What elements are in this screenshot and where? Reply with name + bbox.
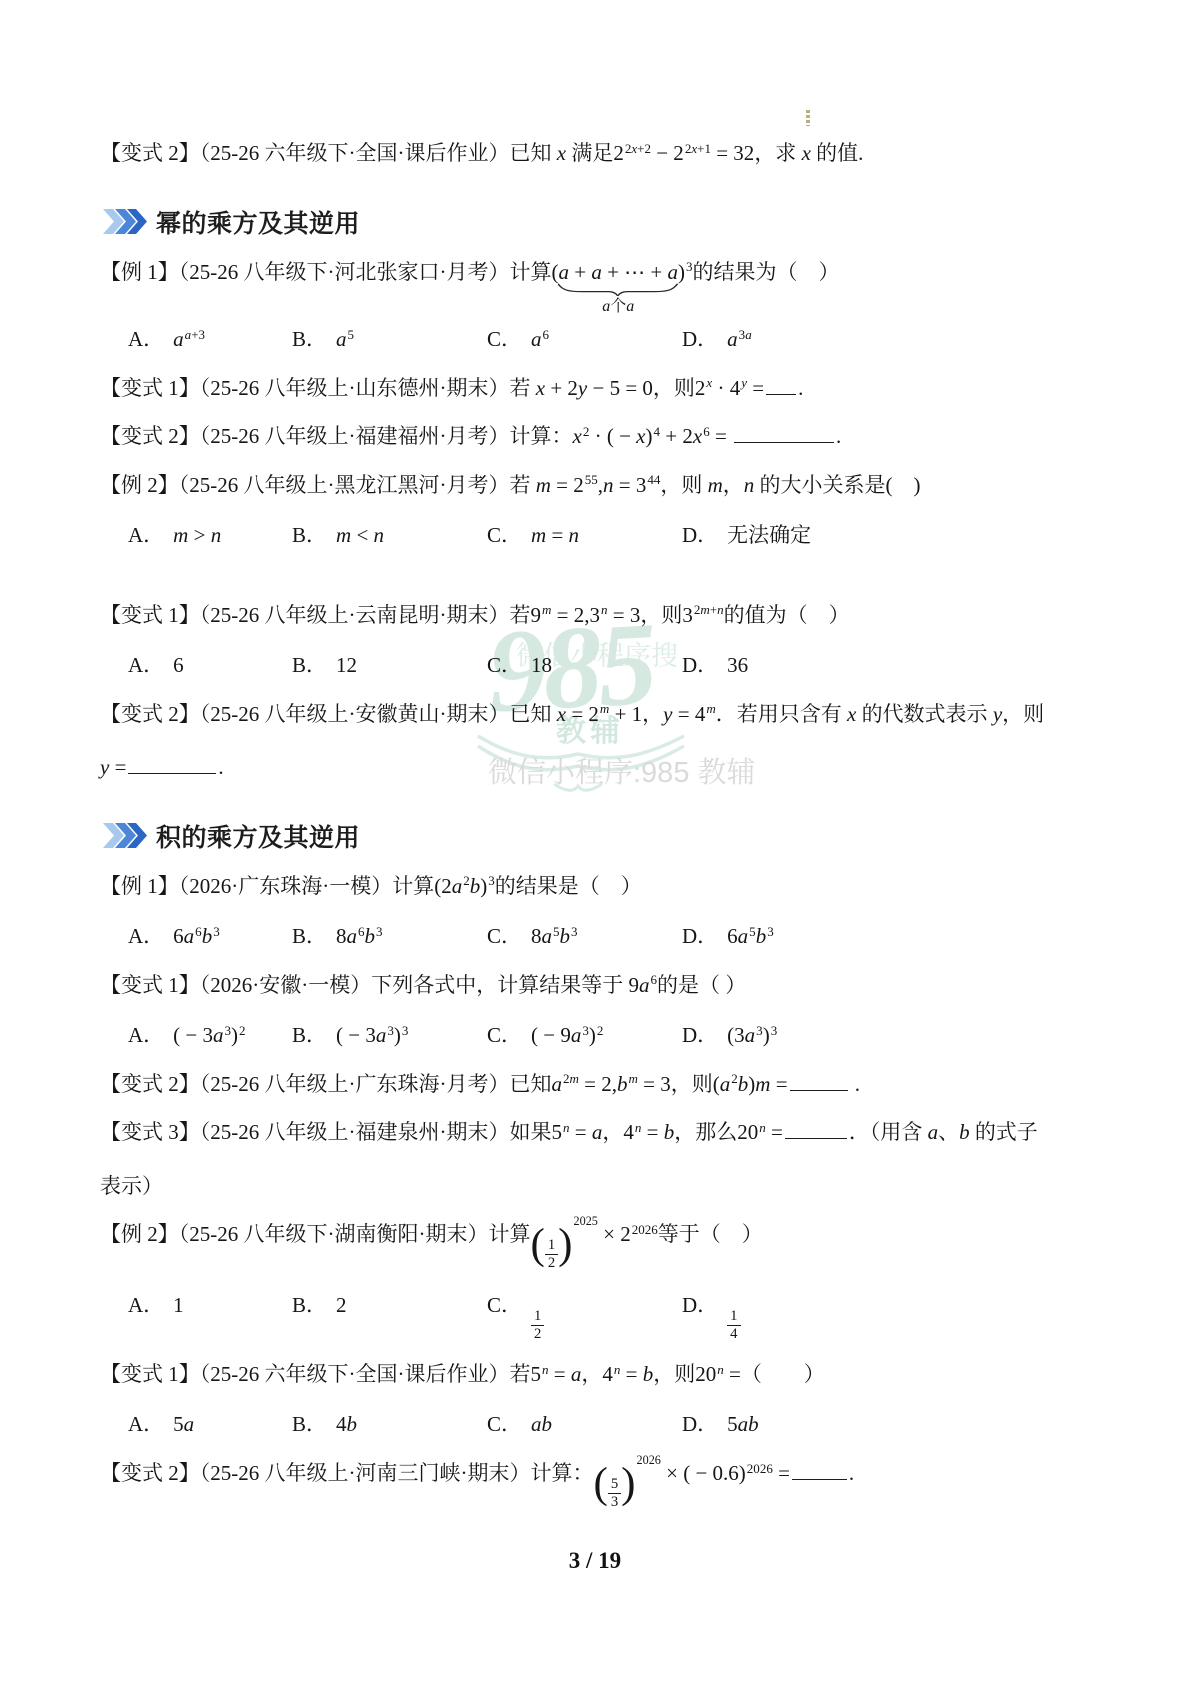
superscript: 5	[347, 327, 355, 342]
text-run: ，则	[653, 1362, 695, 1386]
math-run: = a	[549, 1362, 582, 1386]
math-run: ab	[531, 1412, 552, 1436]
option-letter: A．	[128, 1293, 164, 1317]
text-run: ，求	[754, 141, 801, 165]
text-run: ，	[581, 1362, 602, 1386]
worksheet-page: 微信小程序搜 985 教辅 微信小程序:985 教辅 【变式 2】（25-26 …	[0, 0, 1190, 1683]
superscript: 6	[357, 924, 365, 939]
option-a: A．( − 3a3)2	[128, 1020, 292, 1052]
section-title: 幂的乘方及其逆用	[156, 204, 360, 240]
answer-blank	[785, 1120, 847, 1139]
math-run: × ( − 0.6)	[661, 1461, 746, 1485]
math-run: = 32	[711, 141, 754, 165]
problem: 【变式 2】（25-26 八年级上·河南三门峡·期末）计算：(53)2026 ×…	[100, 1458, 1092, 1510]
section-power-of-product: 积的乘方及其逆用 【例 1】（2026·广东珠海·一模）计算(2a2b)3的结果…	[100, 818, 1092, 1510]
text-run: ，则	[640, 603, 682, 627]
numerator: 1	[534, 1308, 541, 1324]
math-run: y	[993, 702, 1002, 726]
option-letter: B．	[292, 1293, 327, 1317]
problem-label: 【例 2】	[100, 473, 179, 497]
math-run: = b	[641, 1120, 674, 1144]
section-title: 积的乘方及其逆用	[156, 818, 360, 854]
problem-list: 【例 1】（25-26 八年级下·河北张家口·月考）计算(a + a + ⋯ +…	[100, 257, 1092, 784]
section-header: 积的乘方及其逆用	[102, 818, 1092, 854]
problem: 【变式 1】（25-26 六年级下·全国·课后作业）若5n = a，4n = b…	[100, 1359, 1092, 1391]
text-run: 表示）	[100, 1174, 163, 1198]
superscript: 3	[212, 924, 220, 939]
math-run: x + 2y − 5 = 0	[536, 376, 653, 400]
option-letter: C．	[487, 1293, 522, 1317]
math-run: = a	[570, 1120, 603, 1144]
problem-label: 【变式 1】	[100, 1362, 200, 1386]
option-c: C．ab	[487, 1409, 682, 1441]
text-run: 等于（ ）	[658, 1222, 763, 1246]
superscript: 55	[584, 472, 598, 487]
option-b: B．2	[292, 1290, 487, 1322]
denominator: 2	[545, 1254, 558, 1271]
problem-label: 【变式 1】	[100, 376, 200, 400]
big-paren: (	[530, 1221, 544, 1268]
options-row: A．aa+3B．a5C．a6D．a3a	[100, 324, 1092, 356]
math-run: 6a	[173, 924, 194, 948]
superscript: n	[562, 1120, 570, 1135]
text-run: ．若用只含有	[716, 702, 847, 726]
problem-label: 【变式 2】	[100, 1072, 200, 1096]
option-letter: C．	[487, 924, 522, 948]
document-content: 【变式 2】（25-26 六年级下·全国·课后作业）已知 x 满足22x+2 −…	[100, 0, 1092, 1510]
denominator: 2	[531, 1325, 544, 1342]
problem-label: 【变式 1】	[100, 973, 200, 997]
superscript: 2	[462, 873, 470, 888]
option-letter: C．	[487, 327, 522, 351]
text-run: 的大小关系是( )	[754, 473, 920, 497]
superscript: 3	[401, 1023, 409, 1038]
math-run: )	[394, 1023, 401, 1047]
math-run: 4b	[336, 1412, 357, 1436]
text-run: ，	[723, 473, 744, 497]
math-run: a	[173, 327, 184, 351]
option-d: D．14	[682, 1290, 1092, 1342]
math-run: 20	[737, 1120, 758, 1144]
option-c: C．m = n	[487, 520, 682, 552]
text-run: 6	[173, 653, 184, 677]
superscript: 5	[552, 924, 560, 939]
math-run: b)m =	[738, 1072, 788, 1096]
problem-label: 【变式 3】	[100, 1120, 200, 1144]
denominator: 4	[727, 1325, 740, 1342]
problem-continuation: y =.	[100, 752, 1092, 784]
option-d: D．a3a	[682, 324, 1092, 356]
problem: 【变式 2】（25-26 六年级下·全国·课后作业）已知 x 满足22x+2 −…	[100, 138, 1092, 170]
text-run: 的式子	[970, 1120, 1038, 1144]
options-row: A．m > nB．m < nC．m = nD．无法确定	[100, 520, 1092, 552]
text-run: 满足	[566, 141, 613, 165]
math-run: 5	[530, 1362, 541, 1386]
options-row: A．1B．2C．12D．14	[100, 1290, 1092, 1342]
problem: 【例 1】（25-26 八年级下·河北张家口·月考）计算(a + a + ⋯ +…	[100, 257, 1092, 289]
text-run: .	[850, 1072, 861, 1096]
math-run: =	[773, 1461, 790, 1485]
option-d: D．5ab	[682, 1409, 1092, 1441]
text-run: ．（用含	[849, 1120, 928, 1144]
math-run: x	[847, 702, 856, 726]
problem: 【变式 2】（25-26 八年级上·福建福州·月考）计算：x2 · ( − x)…	[100, 421, 1092, 453]
option-d: D．36	[682, 650, 1092, 682]
problem-label: 【变式 1】	[100, 603, 200, 627]
big-paren: (	[593, 1460, 607, 1507]
math-run: b	[560, 924, 571, 948]
option-a: A．aa+3	[128, 324, 292, 356]
math-run: 9a	[629, 973, 650, 997]
superscript: 2x+1	[684, 141, 711, 156]
option-b: B．m < n	[292, 520, 487, 552]
problem-source: （25-26 八年级下·湖南衡阳·期末）	[179, 1222, 489, 1246]
fraction: 53	[608, 1476, 621, 1510]
text-run: 若	[509, 376, 535, 400]
math-run: m > n	[173, 523, 221, 547]
problem: 【例 2】（25-26 八年级上·黑龙江黑河·月考）若 m = 255,n = …	[100, 470, 1092, 502]
text-run: .	[836, 424, 841, 448]
superscript: a+3	[184, 327, 205, 342]
math-run: (2a	[434, 874, 462, 898]
superscript: 3	[770, 1023, 778, 1038]
text-run: ，	[602, 1120, 623, 1144]
problem-label: 【例 1】	[100, 260, 179, 284]
superscript: 2	[238, 1023, 246, 1038]
math-run: a + a + ⋯ + a	[558, 260, 678, 284]
option-b: B．8a6b3	[292, 921, 487, 953]
option-letter: D．	[682, 327, 718, 351]
math-run: = 2,b	[579, 1072, 628, 1096]
option-letter: C．	[487, 1023, 522, 1047]
math-run: + 1	[609, 702, 642, 726]
option-a: A．1	[128, 1290, 292, 1322]
option-d: D．无法确定	[682, 520, 1092, 552]
math-run: × 2	[598, 1222, 631, 1246]
problem-source: （25-26 八年级下·河北张家口·月考）	[179, 260, 510, 284]
text-run: 已知	[509, 1072, 551, 1096]
superscript: n	[600, 602, 608, 617]
text-run: （ ）	[741, 1362, 825, 1386]
math-run: (	[551, 260, 558, 284]
options-row: A．6a6b3B．8a6b3C．8a5b3D．6a5b3	[100, 921, 1092, 953]
math-run: 5	[551, 1120, 562, 1144]
text-run: ，那么	[674, 1120, 737, 1144]
option-letter: D．	[682, 523, 718, 547]
text-run: 计算	[392, 874, 434, 898]
problem-label: 【变式 2】	[100, 702, 200, 726]
problem-source: （25-26 八年级上·山东德州·期末）	[200, 376, 510, 400]
math-run: x	[557, 141, 566, 165]
math-run: x	[572, 424, 581, 448]
problem: 【变式 1】（2026·安徽·一模）下列各式中，计算结果等于 9a6的是（ ）	[100, 970, 1092, 1002]
math-run: b	[365, 924, 376, 948]
text-run: 36	[727, 653, 748, 677]
math-run: m = 2	[536, 473, 584, 497]
problem-label: 【变式 2】	[100, 1461, 200, 1485]
text-run: 18	[531, 653, 552, 677]
answer-blank	[734, 424, 834, 443]
text-run: 的结果为（ ）	[693, 260, 840, 284]
problem-source: （2026·安徽·一模）	[200, 973, 372, 997]
text-run: ，则	[660, 473, 707, 497]
math-run: 2	[695, 376, 706, 400]
superscript: 3	[685, 259, 693, 274]
text-run: 若	[509, 1362, 530, 1386]
text-run: 已知	[509, 702, 556, 726]
option-letter: C．	[487, 653, 522, 677]
math-run: 9	[530, 603, 541, 627]
math-run: m = n	[531, 523, 579, 547]
superscript: n	[541, 1362, 549, 1377]
answer-blank	[790, 1072, 848, 1091]
option-c: C．( − 9a3)2	[487, 1020, 682, 1052]
math-run: m	[708, 473, 723, 497]
option-letter: C．	[487, 1412, 522, 1436]
options-row: A．5aB．4bC．abD．5ab	[100, 1409, 1092, 1441]
option-letter: C．	[487, 523, 522, 547]
math-run: ,n = 3	[598, 473, 647, 497]
math-run: a	[551, 1072, 562, 1096]
option-letter: B．	[292, 523, 327, 547]
superscript: 2026	[746, 1461, 773, 1476]
math-run: 20	[695, 1362, 716, 1386]
superscript: 6	[702, 424, 710, 439]
math-run: )	[589, 1023, 596, 1047]
option-b: B．a5	[292, 324, 487, 356]
double-chevron-icon	[102, 822, 147, 849]
problem: 【变式 2】（25-26 八年级上·安徽黄山·期末）已知 x = 2m + 1，…	[100, 699, 1092, 731]
option-letter: D．	[682, 1412, 718, 1436]
option-a: A．6a6b3	[128, 921, 292, 953]
fraction: 12	[531, 1308, 544, 1342]
math-run: 5a	[173, 1412, 194, 1436]
superscript: m	[705, 701, 715, 716]
big-paren: )	[621, 1460, 635, 1507]
math-run: − 2	[651, 141, 684, 165]
text-run: 若	[509, 473, 535, 497]
problem-label: 【变式 2】	[100, 424, 200, 448]
superscript: 2x+2	[624, 141, 651, 156]
option-letter: D．	[682, 1023, 718, 1047]
problem-continuation: 表示）	[100, 1171, 1092, 1203]
math-run: ( − 9a	[531, 1023, 581, 1047]
option-c: C．8a5b3	[487, 921, 682, 953]
text-run: 的是（ ）	[657, 973, 746, 997]
text-run: ，则	[653, 376, 695, 400]
superscript: n	[716, 1362, 724, 1377]
superscript: 6	[650, 972, 658, 987]
math-run: =	[747, 376, 764, 400]
math-run: 6a	[727, 924, 748, 948]
problem: 【变式 2】（25-26 八年级上·广东珠海·月考）已知a2m = 2,bm =…	[100, 1069, 1092, 1101]
math-run: (3a	[727, 1023, 755, 1047]
superscript: y	[740, 375, 747, 390]
option-c: C．18	[487, 650, 682, 682]
superscript: 44	[646, 472, 660, 487]
superscript: 4	[653, 424, 661, 439]
problem-source: （25-26 八年级上·广东珠海·月考）	[200, 1072, 510, 1096]
math-run: = b	[620, 1362, 653, 1386]
text-run: 计算：	[509, 424, 572, 448]
option-a: A．m > n	[128, 520, 292, 552]
math-run: = 2,3	[551, 603, 600, 627]
text-run: 1	[173, 1293, 184, 1317]
option-letter: A．	[128, 327, 164, 351]
text-run: 无法确定	[727, 523, 811, 547]
text-run: 的值.	[811, 141, 864, 165]
fraction: 12	[545, 1237, 558, 1271]
superscript: 3	[581, 1023, 589, 1038]
option-letter: A．	[128, 523, 164, 547]
superscript: 5	[748, 924, 756, 939]
text-run: 计算：	[530, 1461, 593, 1485]
superscript: 3	[386, 1023, 394, 1038]
math-run: a	[727, 327, 738, 351]
option-letter: D．	[682, 653, 718, 677]
problem: 【变式 1】（25-26 八年级上·山东德州·期末）若 x + 2y − 5 =…	[100, 373, 1092, 405]
problem: 【变式 1】（25-26 八年级上·云南昆明·期末）若9m = 2,3n = 3…	[100, 600, 1092, 632]
option-b: B．4b	[292, 1409, 487, 1441]
text-run: 2	[336, 1293, 347, 1317]
text-run: 计算	[509, 260, 551, 284]
numerator: 1	[548, 1237, 555, 1253]
option-letter: D．	[682, 924, 718, 948]
text-run: ，则	[671, 1072, 713, 1096]
math-run: + 2x	[660, 424, 702, 448]
math-run: = 3	[638, 1072, 671, 1096]
section-power-of-power: 幂的乘方及其逆用 【例 1】（25-26 八年级下·河北张家口·月考）计算(a …	[100, 204, 1092, 784]
denominator: 3	[608, 1493, 621, 1510]
math-run: · ( − x)	[589, 424, 652, 448]
text-run: .	[218, 755, 223, 779]
problem: 【例 2】（25-26 八年级下·湖南衡阳·期末）计算(12)2025 × 22…	[100, 1219, 1092, 1271]
option-d: D．6a5b3	[682, 921, 1092, 953]
math-run: )	[763, 1023, 770, 1047]
superscript: 2m+n	[693, 602, 724, 617]
superscript: n	[758, 1120, 766, 1135]
text-run: 、	[938, 1120, 959, 1144]
option-letter: A．	[128, 1023, 164, 1047]
answer-blank	[128, 755, 216, 774]
superscript: m	[628, 1071, 638, 1086]
problem-source: （25-26 八年级上·安徽黄山·期末）	[200, 702, 510, 726]
superscript: 6	[194, 924, 202, 939]
math-run: ( − 3a	[336, 1023, 386, 1047]
text-run: 12	[336, 653, 357, 677]
text-run: 如果	[509, 1120, 551, 1144]
option-b: B．12	[292, 650, 487, 682]
numerator: 1	[730, 1308, 737, 1324]
superscript: 2	[730, 1071, 738, 1086]
problem-label: 【例 1】	[100, 874, 179, 898]
math-run: =	[766, 1120, 783, 1144]
math-run: 2	[613, 141, 624, 165]
math-run: a	[531, 327, 542, 351]
math-run: b)	[470, 874, 488, 898]
numerator: 5	[611, 1476, 618, 1492]
text-run: 计算	[488, 1222, 530, 1246]
text-run: .	[798, 376, 803, 400]
options-row: A．6B．12C．18D．36	[100, 650, 1092, 682]
text-run: 下列各式中，计算结果等于	[371, 973, 628, 997]
option-letter: A．	[128, 653, 164, 677]
math-run: x	[802, 141, 811, 165]
problem-source: （25-26 八年级上·河南三门峡·期末）	[200, 1461, 531, 1485]
superscript: 3	[224, 1023, 232, 1038]
text-run: 若	[509, 603, 530, 627]
problem-label: 【例 2】	[100, 1222, 179, 1246]
math-run: x = 2	[557, 702, 599, 726]
answer-blank	[792, 1461, 847, 1480]
text-run: 的值为（ ）	[724, 603, 850, 627]
math-run: 8a	[531, 924, 552, 948]
option-letter: B．	[292, 653, 327, 677]
math-run: b	[202, 924, 213, 948]
problem-source: （25-26 八年级上·黑龙江黑河·月考）	[179, 473, 510, 497]
superscript: 6	[542, 327, 550, 342]
math-run: b	[756, 924, 767, 948]
option-c: C．12	[487, 1290, 682, 1342]
superscript: 3	[375, 924, 383, 939]
problem-source: （2026·广东珠海·一模）	[179, 874, 393, 898]
problem-source: （25-26 八年级上·福建泉州·期末）	[200, 1120, 510, 1144]
superscript: 2	[596, 1023, 604, 1038]
option-letter: D．	[682, 1293, 718, 1317]
option-letter: B．	[292, 327, 327, 351]
option-letter: A．	[128, 1412, 164, 1436]
problem: 【例 1】（2026·广东珠海·一模）计算(2a2b)3的结果是（ ）	[100, 871, 1092, 903]
superscript: m	[541, 602, 551, 617]
answer-blank	[766, 376, 796, 395]
superscript: 3	[487, 873, 495, 888]
math-run: · 4	[712, 376, 740, 400]
text-run: ，则	[1002, 702, 1044, 726]
superscript: 3a	[738, 327, 752, 342]
option-a: A．5a	[128, 1409, 292, 1441]
options-row: A．( − 3a3)2B．( − 3a3)3C．( − 9a3)2D．(3a3)…	[100, 1020, 1092, 1052]
superscript: 2026	[631, 1222, 658, 1237]
text-run: ，	[642, 702, 663, 726]
math-run: b	[959, 1120, 970, 1144]
underbrace-label: a个a	[602, 295, 634, 319]
math-run: 3	[682, 603, 693, 627]
math-run: ( − 3a	[173, 1023, 223, 1047]
superscript: 3	[766, 924, 774, 939]
option-letter: A．	[128, 924, 164, 948]
problem-source: （25-26 六年级下·全国·课后作业）	[200, 141, 510, 165]
option-c: C．a6	[487, 324, 682, 356]
text-run: 的代数式表示	[856, 702, 993, 726]
problem-source: （25-26 八年级上·云南昆明·期末）	[200, 603, 510, 627]
math-run: y =	[100, 755, 126, 779]
text-run: 的结果是（ ）	[495, 874, 642, 898]
problem-label: 【变式 2】	[100, 141, 200, 165]
math-run: y = 4	[663, 702, 705, 726]
fraction: 14	[727, 1308, 740, 1342]
problem: 【变式 3】（25-26 八年级上·福建泉州·期末）如果5n = a，4n = …	[100, 1117, 1092, 1149]
math-run: = 3	[608, 603, 641, 627]
math-run: )	[678, 260, 685, 284]
math-run: m < n	[336, 523, 384, 547]
superscript: m	[599, 701, 609, 716]
double-chevron-icon	[102, 208, 147, 235]
section-header: 幂的乘方及其逆用	[102, 204, 1092, 240]
math-run: =	[710, 424, 732, 448]
problem-source: （25-26 八年级上·福建福州·月考）	[200, 424, 510, 448]
superscript: 2026	[636, 1453, 661, 1467]
superscript: 2m	[562, 1071, 579, 1086]
